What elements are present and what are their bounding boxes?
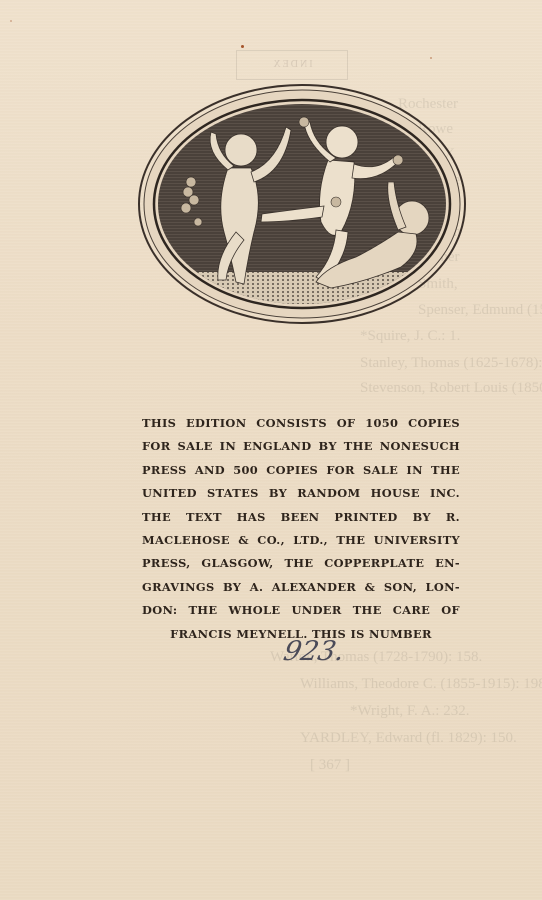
- foxing-speck: [10, 20, 12, 22]
- foxing-speck: [430, 57, 432, 59]
- show-through-header: INDEX: [236, 50, 348, 80]
- colophon-line: PRESS, GLASGOW, THE COPPERPLATE EN-: [142, 552, 460, 575]
- colophon-line: FOR SALE IN ENGLAND BY THE NONESUCH: [142, 435, 460, 458]
- foxing-speck: [241, 45, 244, 48]
- colophon-line: UNITED STATES BY RANDOM HOUSE INC.: [142, 482, 460, 505]
- colophon-line: DON: THE WHOLE UNDER THE CARE OF: [142, 599, 460, 622]
- colophon-line: THIS EDITION CONSISTS OF 1050 COPIES: [142, 412, 460, 435]
- cherub-engraving: [136, 82, 468, 326]
- colophon-line: GRAVINGS BY A. ALEXANDER & SON, LON-: [142, 576, 460, 599]
- handwritten-copy-number: 923.: [281, 636, 348, 667]
- colophon-line: THE TEXT HAS BEEN PRINTED BY R.: [142, 506, 460, 529]
- book-page: INDEX Rochester Rowe SAX Se Sh Sh Sher S…: [0, 0, 542, 900]
- colophon-line: MACLEHOSE & CO., LTD., THE UNIVERSITY: [142, 529, 460, 552]
- colophon-line: PRESS AND 500 COPIES FOR SALE IN THE: [142, 459, 460, 482]
- colophon-text: THIS EDITION CONSISTS OF 1050 COPIES FOR…: [142, 412, 460, 646]
